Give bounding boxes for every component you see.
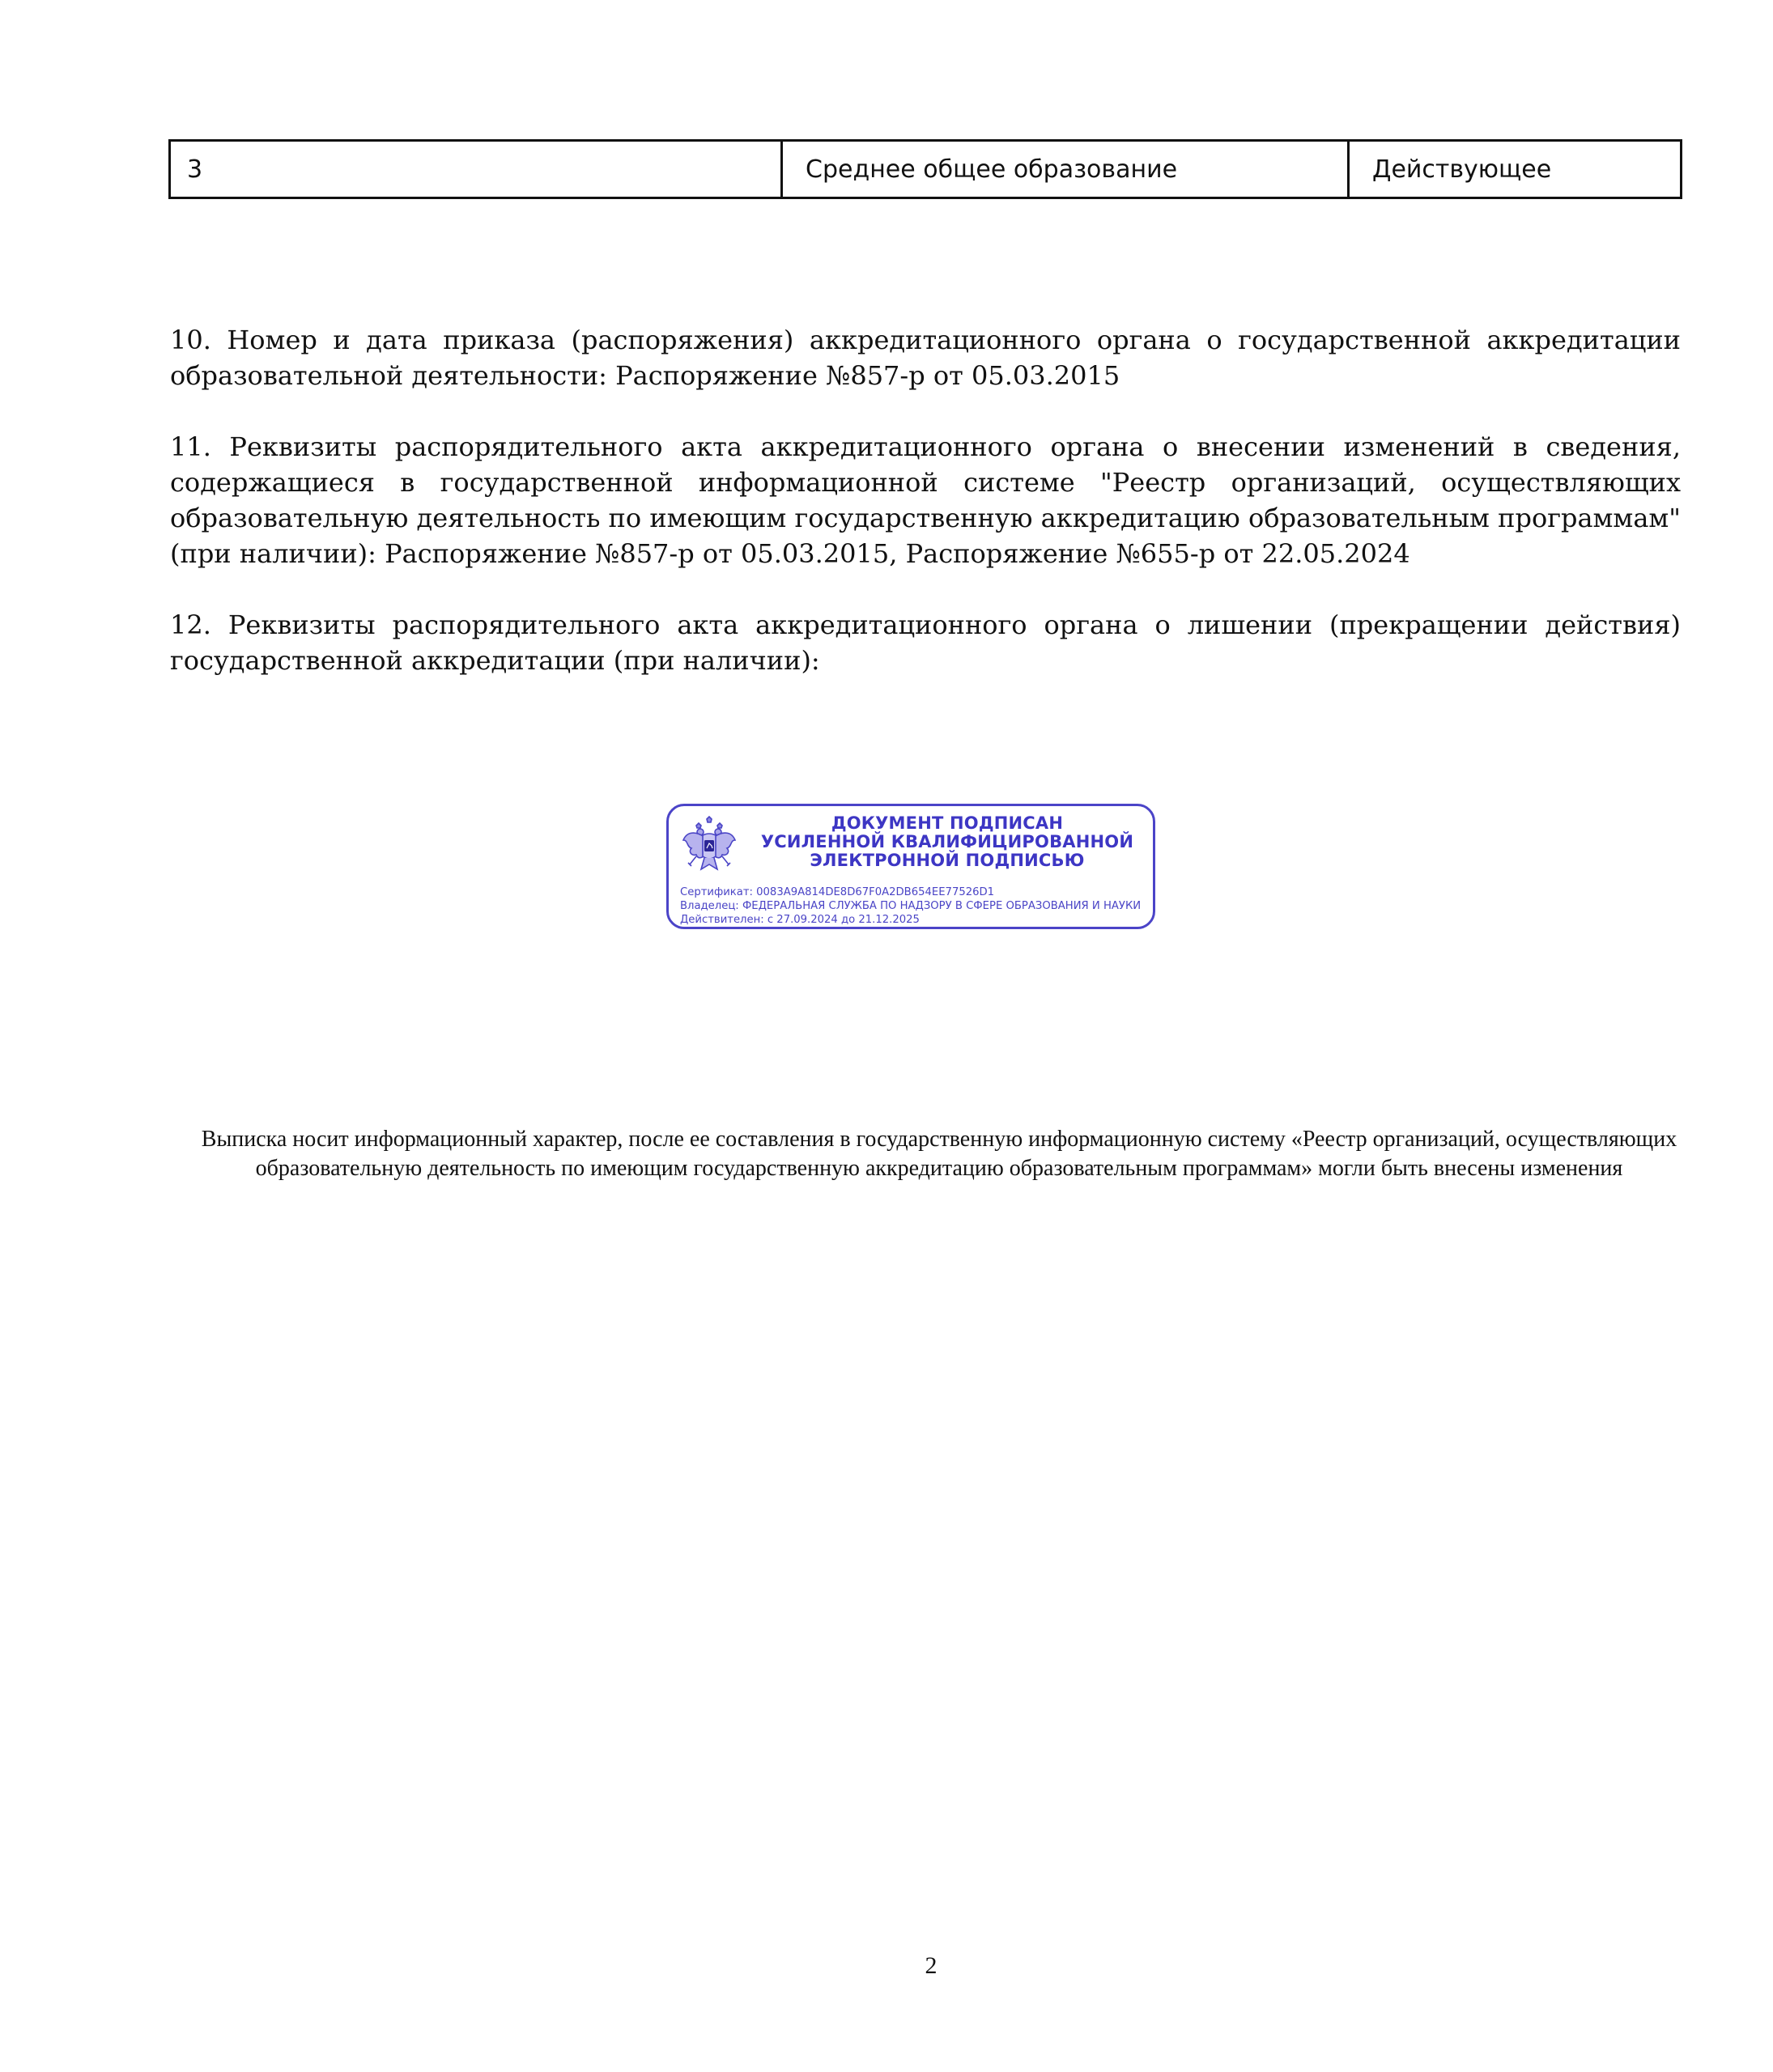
russian-coat-of-arms-icon [680,816,738,877]
section-12-revocation-acts: 12. Реквизиты распорядительного акта акк… [170,607,1681,678]
document-page: 3 Среднее общее образование Действующее … [0,0,1773,2072]
table-cell-number: 3 [171,142,783,197]
stamp-title-line-3: ЭЛЕКТРОННОЙ ПОДПИСЬЮ [750,851,1145,870]
stamp-title-line-2: УСИЛЕННОЙ КВАЛИФИЦИРОВАННОЙ [750,833,1145,851]
stamp-validity: Действителен: с 27.09.2024 до 21.12.2025 [680,913,1141,927]
stamp-title: ДОКУМЕНТ ПОДПИСАН УСИЛЕННОЙ КВАЛИФИЦИРОВ… [750,814,1145,870]
page-number: 2 [891,1952,972,1980]
section-11-amendment-acts: 11. Реквизиты распорядительного акта акк… [170,429,1681,571]
electronic-signature-stamp: ДОКУМЕНТ ПОДПИСАН УСИЛЕННОЙ КВАЛИФИЦИРОВ… [666,804,1155,929]
table-cell-education-level: Среднее общее образование [783,142,1350,197]
table-cell-status: Действующее [1350,142,1680,197]
section-10-accreditation-order: 10. Номер и дата приказа (распоряжения) … [170,322,1681,393]
informational-disclaimer: Выписка носит информационный характер, п… [186,1125,1692,1183]
education-levels-table: 3 Среднее общее образование Действующее [168,139,1682,199]
stamp-owner: Владелец: ФЕДЕРАЛЬНАЯ СЛУЖБА ПО НАДЗОРУ … [680,899,1141,913]
stamp-details: Сертификат: 0083A9A814DE8D67F0A2DB654EE7… [680,885,1141,927]
stamp-certificate: Сертификат: 0083A9A814DE8D67F0A2DB654EE7… [680,885,1141,899]
stamp-title-line-1: ДОКУМЕНТ ПОДПИСАН [750,814,1145,833]
